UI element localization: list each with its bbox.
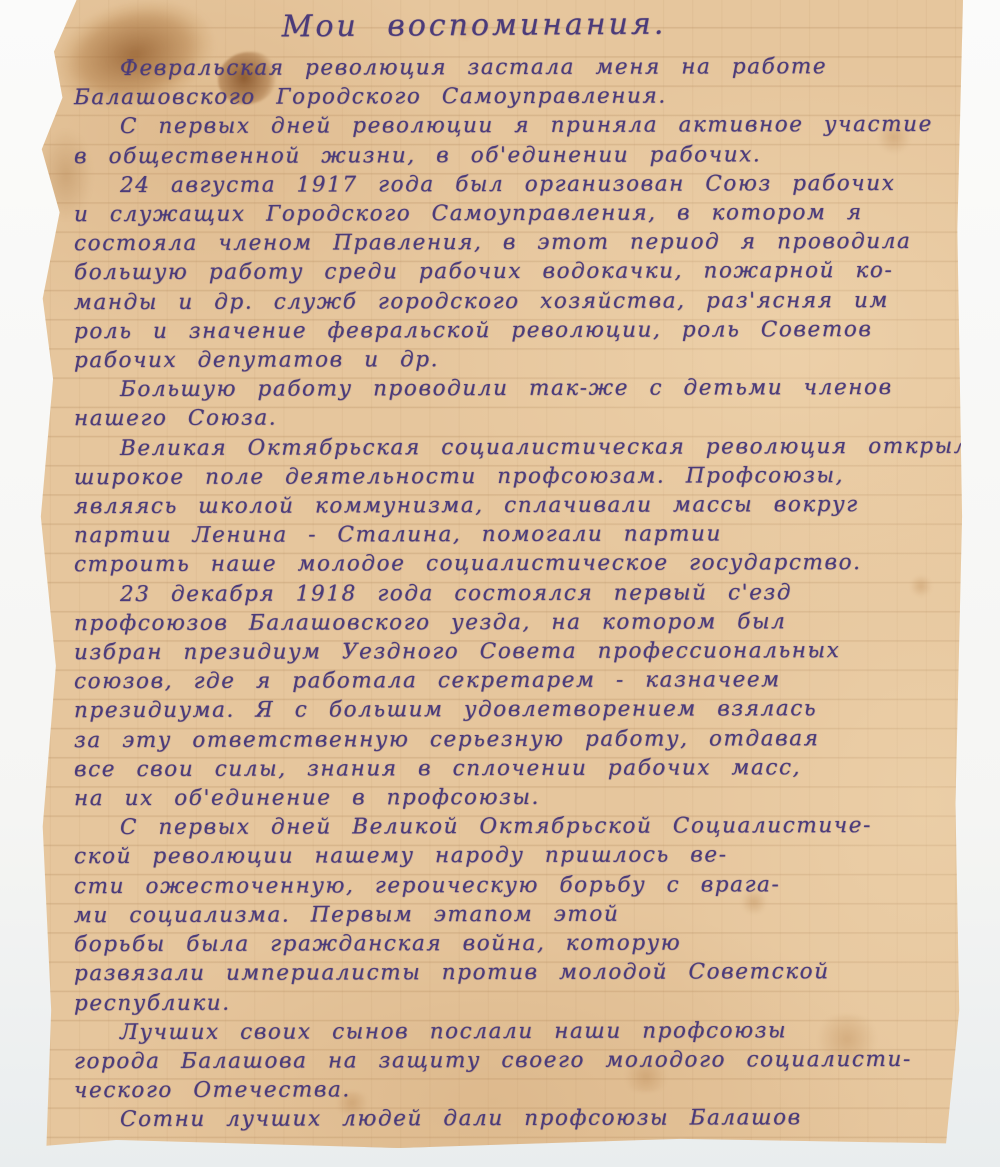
text-line: являясь школой коммунизма, сплачивали ма… [74,490,934,521]
text-line: большую работу среди рабочих водокачки, … [74,256,934,287]
text-line: рабочих депутатов и др. [74,344,934,375]
text-line: нашего Союза. [74,402,934,433]
text-line: все свои силы, знания в сплочении рабочи… [74,753,934,784]
text-line: республики. [74,986,934,1017]
text-line: Лучших своих сынов послали наши профсоюз… [74,1016,934,1047]
text-line: за эту ответственную серьезную работу, о… [74,724,934,755]
text-line: Великая Октябрьская социалистическая рев… [74,432,934,463]
text-line: широкое поле деятельности профсоюзам. Пр… [74,461,934,492]
text-line: Февральская революция застала меня на ра… [74,52,934,83]
text-line: развязали империалисты против молодой Со… [74,957,934,988]
handwritten-text: Мои воспоминания. Февральская революция … [74,6,934,1134]
text-line: С первых дней Великой Октябрьской Социал… [74,811,934,842]
text-line: Большую работу проводили так-же с детьми… [74,373,934,404]
text-line: ской революции нашему народу пришлось ве… [74,840,934,871]
text-line: строить наше молодое социалистическое го… [74,548,934,579]
text-line: на их об'единение в профсоюзы. [74,782,934,813]
text-line: манды и др. служб городского хозяйства, … [74,285,934,316]
text-line: 24 августа 1917 года был организован Сою… [74,169,934,200]
text-line: роль и значение февральской революции, р… [74,315,934,346]
handwritten-lines: Февральская революция застала меня на ра… [74,53,934,1134]
text-line: союзов, где я работала секретарем - казн… [74,665,934,696]
text-line: 23 декабря 1918 года состоялся первый с'… [74,578,934,609]
text-line: Сотни лучших людей дали профсоюзы Балашо… [74,1103,934,1134]
text-line: борьбы была гражданская война, которую [74,928,934,959]
text-line: состояла членом Правления, в этот период… [74,227,934,258]
text-line: ми социализма. Первым этапом этой [74,899,934,930]
document-title: Мои воспоминания. [134,6,814,46]
text-line: в общественной жизни, в об'единении рабо… [74,139,934,170]
text-line: ческого Отечества. [74,1074,934,1105]
text-line: и служащих Городского Самоуправления, в … [74,198,934,229]
text-line: С первых дней революции я приняла активн… [74,110,934,141]
text-line: президиума. Я с большим удовлетворением … [74,694,934,725]
text-line: города Балашова на защиту своего молодог… [74,1045,934,1076]
text-line: профсоюзов Балашовского уезда, на которо… [74,607,934,638]
text-line: Балашовского Городского Самоуправления. [74,81,934,112]
scanned-document: Мои воспоминания. Февральская революция … [0,0,1000,1167]
text-line: партии Ленина - Сталина, помогали партии [74,519,934,550]
text-line: избран президиум Уездного Совета професс… [74,636,934,667]
paper-sheet: Мои воспоминания. Февральская революция … [22,0,963,1148]
text-line: сти ожесточенную, героическую борьбу с в… [74,870,934,901]
